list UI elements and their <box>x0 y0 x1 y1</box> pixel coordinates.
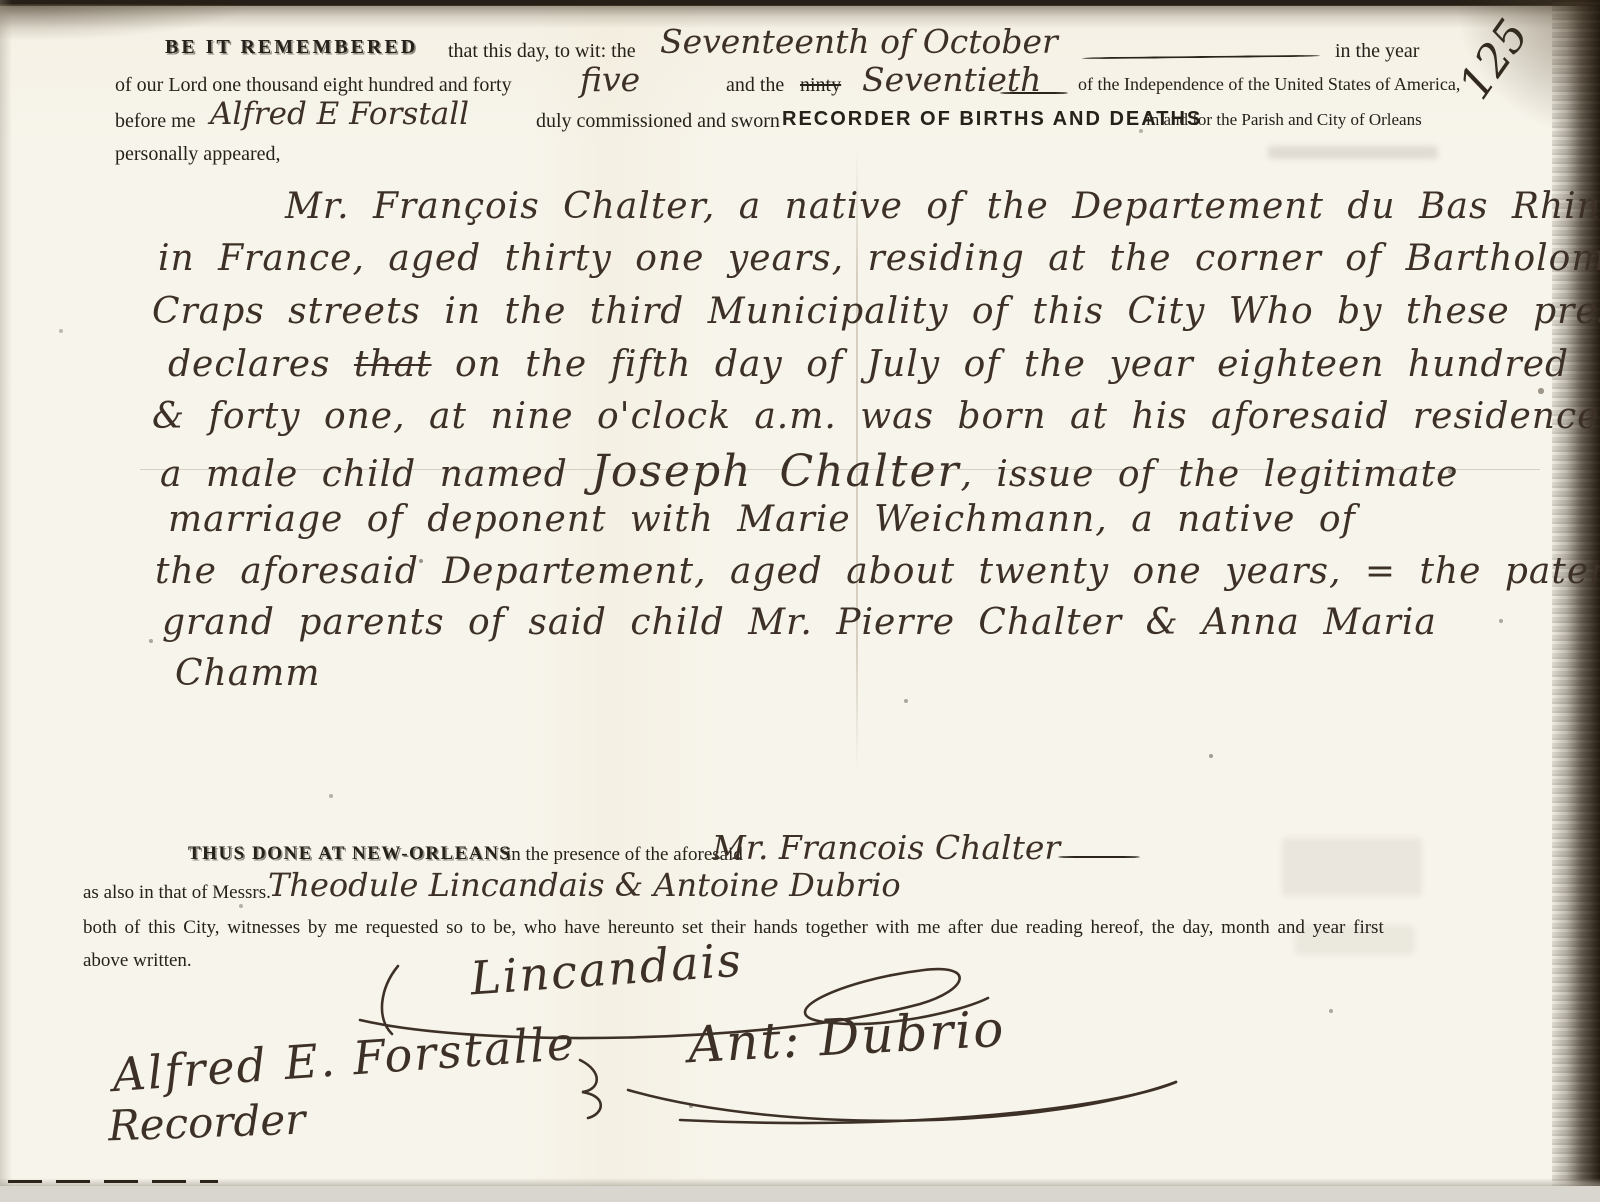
printed-struck-ninty: ninty <box>800 74 841 97</box>
handwritten-year: five <box>580 60 640 99</box>
handwritten-deponent-name: Mr. Francois Chalter <box>712 828 1060 867</box>
body-line-10: Chamm <box>175 653 320 694</box>
handwritten-date: Seventeenth of October <box>660 22 1058 61</box>
body-line-9: grand parents of said child Mr. Pierre C… <box>162 602 1437 643</box>
printed-before-me: before me <box>115 110 196 133</box>
printed-parish-city: in and for the Parish and City of Orlean… <box>1146 110 1422 130</box>
dust-speckles <box>0 0 2 2</box>
printed-and-the: and the <box>726 74 784 97</box>
body-line-4-struck-word: that <box>354 344 432 385</box>
body-line-4-pre: declares <box>168 344 354 385</box>
body-line-6-post: , issue of the legitimate <box>961 454 1459 495</box>
body-line-1: Mr. François Chalter, a native of the De… <box>285 186 1600 227</box>
ink-bleed-ghost-2 <box>1282 838 1422 896</box>
printed-witness-clause: both of this City, witnesses by me reque… <box>83 917 1433 939</box>
recorder-signature-tail <box>560 1052 680 1122</box>
printed-new-orleans: NEW-ORLEANS <box>352 843 511 865</box>
printed-recorder-title: RECORDER OF BIRTHS AND DEATHS <box>782 108 1202 131</box>
scan-edge-left <box>0 0 12 1188</box>
body-line-5: & forty one, at nine o'clock a.m. was bo… <box>152 396 1599 437</box>
printed-duly-commissioned: duly commissioned and sworn <box>536 110 780 133</box>
body-line-4-post: on the fifth day of July of the year eig… <box>432 344 1570 385</box>
handwritten-recorder-name: Alfred E Forstall <box>210 96 469 132</box>
printed-as-also: as also in that of Messrs. <box>83 882 271 904</box>
printed-personally-appeared: personally appeared, <box>115 143 280 166</box>
ink-bleed-ghost-1 <box>1268 146 1438 159</box>
recorder-title-signature: Recorder <box>107 1095 306 1151</box>
printed-year-lead: of our Lord one thousand eight hundred a… <box>115 74 512 97</box>
blank-rule-2 <box>1000 92 1068 94</box>
printed-thus-done: THUS DONE AT <box>188 843 346 865</box>
printed-be-it-remembered: BE IT REMEMBERED <box>165 36 418 59</box>
witness2-signature-flourish <box>620 1062 1200 1142</box>
scan-bottom-band <box>0 1186 1600 1202</box>
scanned-birth-record: { "page": { "number_annotation": "125" }… <box>0 0 1600 1202</box>
body-line-6: a male child named Joseph Chalter, issue… <box>160 446 1458 497</box>
printed-in-presence: in the presence of the aforesaid <box>506 844 743 866</box>
body-line-4: declares that on the fifth day of July o… <box>168 344 1569 385</box>
printed-above-written: above written. <box>83 950 192 972</box>
child-name: Joseph Chalter <box>591 446 960 497</box>
body-line-6-pre: a male child named <box>160 454 591 495</box>
handwritten-witness-names: Theodule Lincandais & Antoine Dubrio <box>268 866 901 904</box>
scan-edge-right-grain <box>1552 0 1600 1202</box>
body-line-7: marriage of deponent with Marie Weichman… <box>168 499 1356 540</box>
printed-in-the-year: in the year <box>1335 40 1419 63</box>
scan-bottom-dashes <box>8 1180 218 1183</box>
printed-independence: of the Independence of the United States… <box>1078 74 1460 95</box>
body-line-2: in France, aged thirty one years, residi… <box>158 238 1600 279</box>
body-line-3: Craps streets in the third Municipality … <box>152 291 1600 332</box>
handwritten-dash <box>1058 856 1140 858</box>
body-line-8: the aforesaid Departement, aged about tw… <box>155 551 1600 592</box>
